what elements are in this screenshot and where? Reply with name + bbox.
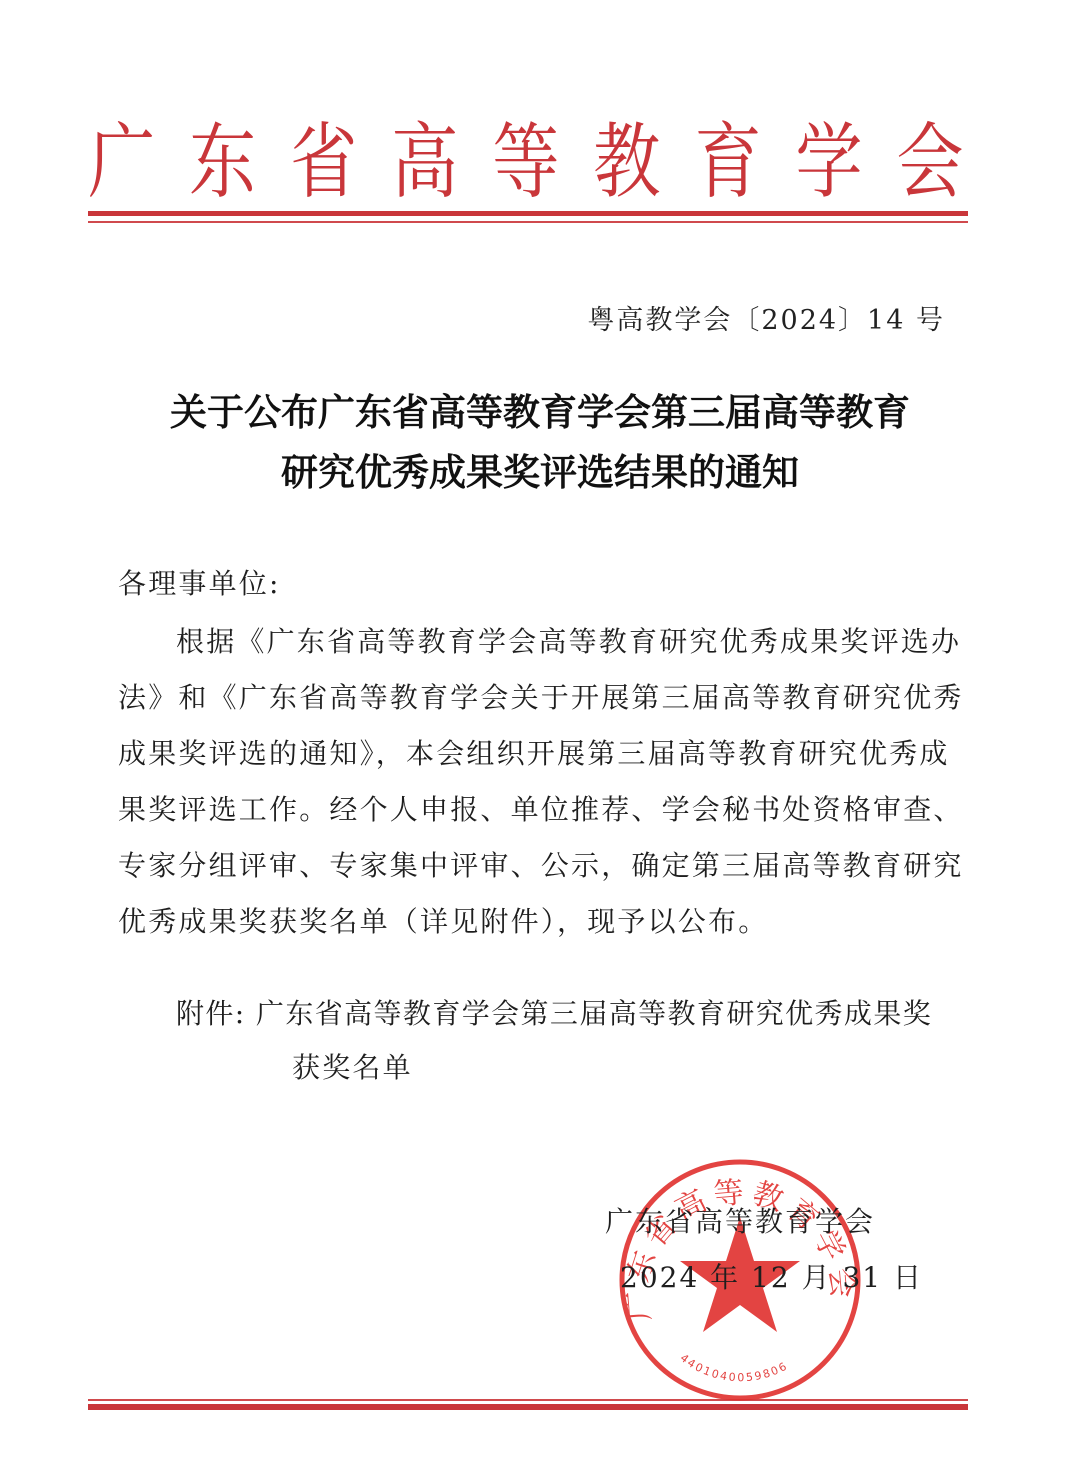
letterhead-org-name: 广 东 省 高 等 教 育 学 会: [88, 100, 964, 210]
header-rule-thin: [88, 221, 968, 223]
signature-date: 2024 年 12 月 31 日: [620, 1256, 923, 1296]
letterhead-char: 等: [492, 97, 559, 214]
attachment-line-2: 获奖名单: [292, 1046, 413, 1086]
letterhead-char: 广: [88, 97, 155, 214]
letterhead-char: 会: [896, 97, 963, 214]
seal-code-text: 4401040059806: [678, 1351, 791, 1384]
letterhead-char: 教: [593, 97, 660, 214]
body-line: 果奖评选工作。经个人申报、单位推荐、学会秘书处资格审查、: [118, 788, 964, 828]
header-rule-thick: [88, 211, 968, 216]
body-line: 成果奖评选的通知》，本会组织开展第三届高等教育研究优秀成: [118, 732, 950, 772]
salutation: 各理事单位:: [118, 562, 281, 602]
attachment-line-1: 附件: 广东省高等教育学会第三届高等教育研究优秀成果奖: [176, 992, 932, 1032]
signature-org: 广东省高等教育学会: [605, 1200, 875, 1240]
body-line: 根据《广东省高等教育学会高等教育研究优秀成果奖评选办: [176, 620, 961, 660]
document-number: 粤高教学会〔2024〕14 号: [587, 298, 945, 337]
letterhead-char: 育: [694, 97, 761, 214]
letterhead-char: 高: [391, 97, 458, 214]
document-title-line-2: 研究优秀成果奖评选结果的通知: [100, 442, 980, 496]
body-line: 优秀成果奖获奖名单（详见附件），现予以公布。: [118, 900, 768, 940]
body-line: 法》和《广东省高等教育学会关于开展第三届高等教育研究优秀: [118, 676, 964, 716]
letterhead-char: 学: [795, 97, 862, 214]
body-line: 专家分组评审、专家集中评审、公示，确定第三届高等教育研究: [118, 844, 964, 884]
document-title-line-1: 关于公布广东省高等教育学会第三届高等教育: [100, 382, 980, 436]
letterhead-char: 省: [290, 97, 357, 214]
letterhead-char: 东: [189, 97, 256, 214]
